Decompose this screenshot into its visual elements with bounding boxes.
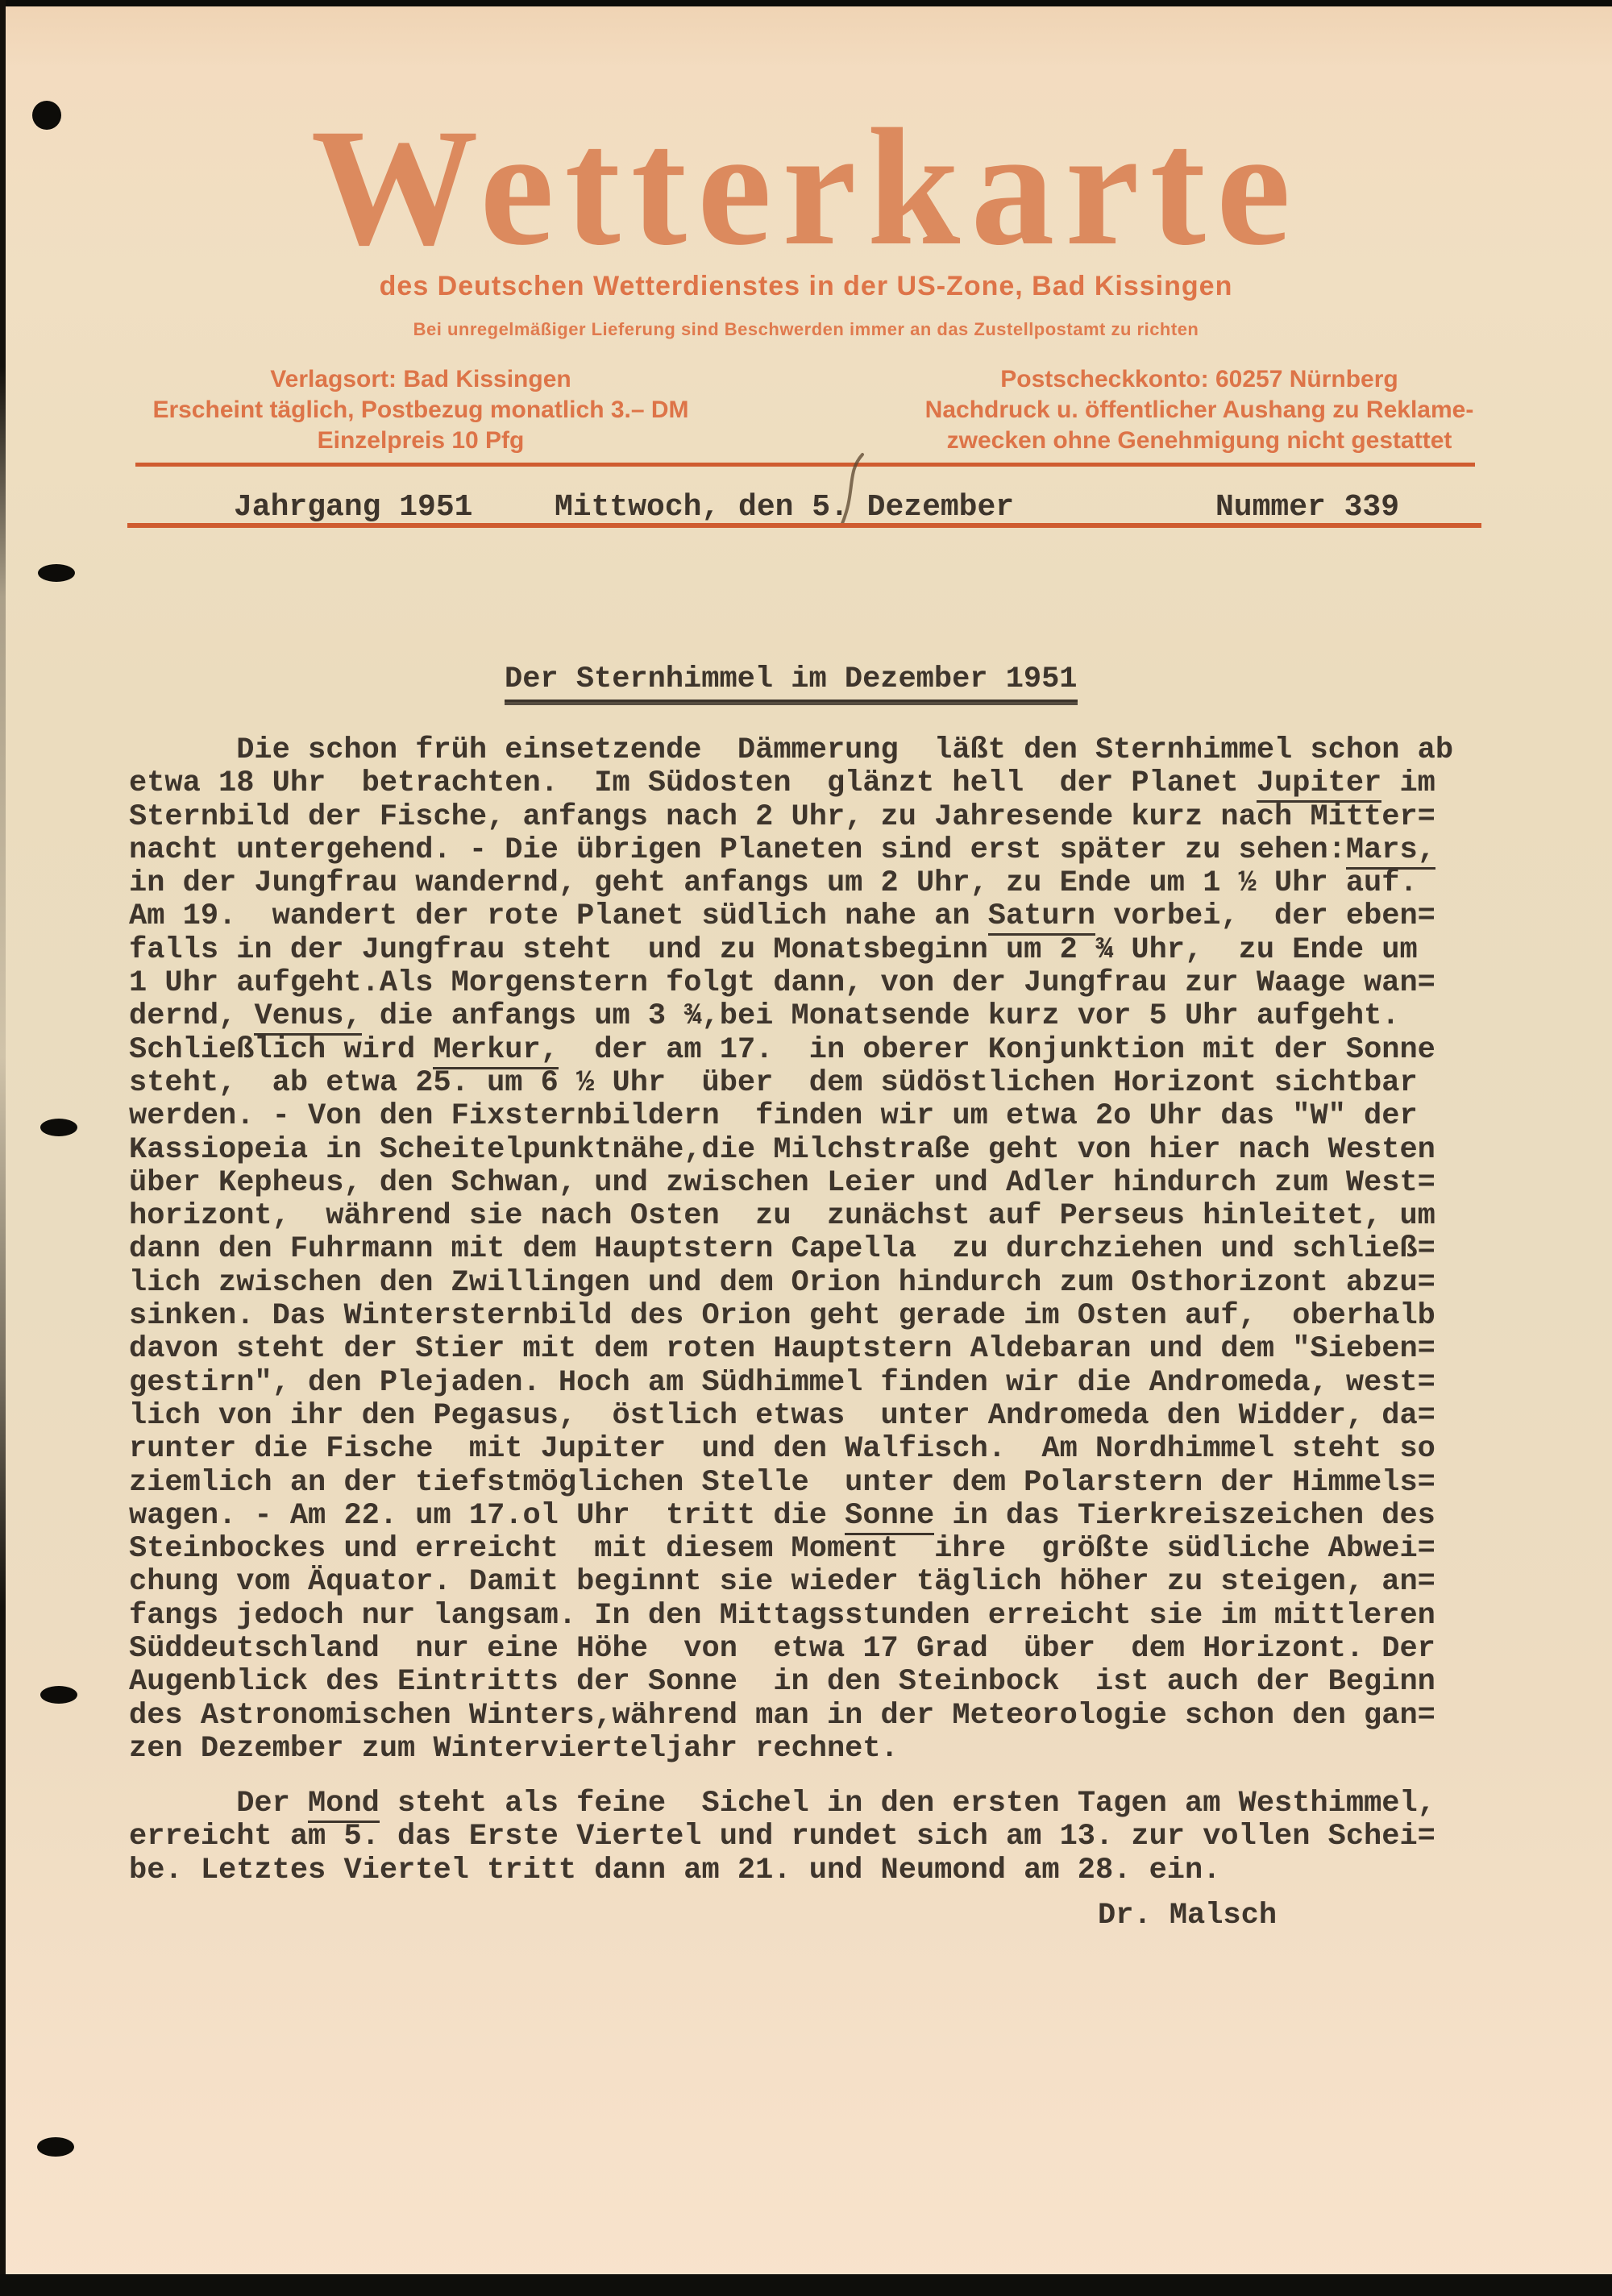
scan-edge-bottom xyxy=(0,2274,1612,2296)
body-text-line: Am 19. wandert der rote Planet südlich n… xyxy=(129,900,1453,933)
body-text-line: gestirn", den Plejaden. Hoch am Südhimme… xyxy=(129,1367,1453,1400)
body-text-line: dernd, Venus, die anfangs um 3 ¾,bei Mon… xyxy=(129,1000,1453,1033)
info-line: Erscheint täglich, Postbezug monatlich 3… xyxy=(137,395,704,426)
scan-edge-top xyxy=(0,0,1612,6)
article-heading: Der Sternhimmel im Dezember 1951 xyxy=(505,662,1078,702)
body-text-line: nacht untergehend. - Die übrigen Planete… xyxy=(129,834,1453,867)
body-text-line: zen Dezember zum Wintervierteljahr rechn… xyxy=(129,1733,1453,1766)
account-info-block: Postscheckkonto: 60257 Nürnberg Nachdruc… xyxy=(912,364,1486,456)
stray-pen-mark xyxy=(830,450,870,530)
body-text-line: Die schon früh einsetzende Dämmerung läß… xyxy=(129,734,1453,767)
article-paragraph-1: Die schon früh einsetzende Dämmerung läß… xyxy=(129,734,1453,1766)
body-text-line: werden. - Von den Fixsternbildern finden… xyxy=(129,1100,1453,1133)
body-text-line: horizont, während sie nach Osten zu zunä… xyxy=(129,1200,1453,1233)
body-text-line: Steinbockes und erreicht mit diesem Mome… xyxy=(129,1533,1453,1566)
body-text-line: Kassiopeia in Scheitelpunktnähe,die Milc… xyxy=(129,1134,1453,1167)
body-text-line: Augenblick des Eintritts der Sonne in de… xyxy=(129,1666,1453,1699)
punch-hole xyxy=(37,2137,74,2157)
info-line: Verlagsort: Bad Kissingen xyxy=(137,364,704,395)
body-text-line: runter die Fische mit Jupiter und den Wa… xyxy=(129,1433,1453,1466)
body-text-line: sinken. Das Wintersternbild des Orion ge… xyxy=(129,1300,1453,1333)
body-text-line: chung vom Äquator. Damit beginnt sie wie… xyxy=(129,1566,1453,1599)
body-text-line: Schließlich wird Merkur, der am 17. in o… xyxy=(129,1034,1453,1067)
body-text-line: lich von ihr den Pegasus, östlich etwas … xyxy=(129,1400,1453,1433)
dateline-issue: Nummer 339 xyxy=(1215,490,1399,525)
punch-hole xyxy=(40,1686,77,1704)
publisher-info-block: Verlagsort: Bad Kissingen Erscheint tägl… xyxy=(137,364,704,456)
body-text-line: falls in der Jungfrau steht und zu Monat… xyxy=(129,934,1453,967)
body-text-line: be. Letztes Viertel tritt dann am 21. un… xyxy=(129,1854,1435,1887)
dateline-volume: Jahrgang 1951 xyxy=(234,490,472,525)
divider-line-bottom xyxy=(127,523,1481,528)
body-text-line: dann den Fuhrmann mit dem Hauptstern Cap… xyxy=(129,1233,1453,1266)
body-text-line: in der Jungfrau wandernd, geht anfangs u… xyxy=(129,867,1453,900)
scanned-bulletin-page: Wetterkarte des Deutschen Wetterdienstes… xyxy=(0,0,1612,2296)
body-text-line: etwa 18 Uhr betrachten. Im Südosten glän… xyxy=(129,767,1453,800)
body-text-line: Sternbild der Fische, anfangs nach 2 Uhr… xyxy=(129,801,1453,834)
scan-edge-left xyxy=(0,0,6,2296)
body-text-line: ziemlich an der tiefstmöglichen Stelle u… xyxy=(129,1467,1453,1500)
info-line: Postscheckkonto: 60257 Nürnberg xyxy=(912,364,1486,395)
punch-hole xyxy=(38,564,75,582)
punch-hole xyxy=(40,1119,77,1136)
info-line: zwecken ohne Genehmigung nicht gestattet xyxy=(912,426,1486,456)
masthead-title: Wetterkarte xyxy=(0,103,1612,271)
divider-line-top xyxy=(135,463,1475,467)
info-line: Einzelpreis 10 Pfg xyxy=(137,426,704,456)
dateline-date: Mittwoch, den 5. Dezember xyxy=(555,490,1014,525)
body-text-line: erreicht am 5. das Erste Viertel und run… xyxy=(129,1821,1435,1854)
body-text-line: 1 Uhr aufgeht.Als Morgenstern folgt dann… xyxy=(129,967,1453,1000)
body-text-line: über Kepheus, den Schwan, und zwischen L… xyxy=(129,1167,1453,1200)
article-paragraph-2: Der Mond steht als feine Sichel in den e… xyxy=(129,1787,1435,1887)
body-text-line: fangs jedoch nur langsam. In den Mittags… xyxy=(129,1600,1453,1633)
article-signature: Dr. Malsch xyxy=(1098,1899,1277,1933)
body-text-line: Süddeutschland nur eine Höhe von etwa 17… xyxy=(129,1633,1453,1666)
masthead-notice: Bei unregelmäßiger Lieferung sind Beschw… xyxy=(0,319,1612,340)
body-text-line: des Astronomischen Winters,während man i… xyxy=(129,1700,1453,1733)
body-text-line: steht, ab etwa 25. um 6 ½ Uhr über dem s… xyxy=(129,1067,1453,1100)
body-text-line: lich zwischen den Zwillingen und dem Ori… xyxy=(129,1267,1453,1300)
body-text-line: Der Mond steht als feine Sichel in den e… xyxy=(129,1787,1435,1821)
body-text-line: wagen. - Am 22. um 17.ol Uhr tritt die S… xyxy=(129,1500,1453,1533)
body-text-line: davon steht der Stier mit dem roten Haup… xyxy=(129,1333,1453,1366)
info-line: Nachdruck u. öffentlicher Aushang zu Rek… xyxy=(912,395,1486,426)
masthead-subtitle: des Deutschen Wetterdienstes in der US-Z… xyxy=(0,271,1612,302)
